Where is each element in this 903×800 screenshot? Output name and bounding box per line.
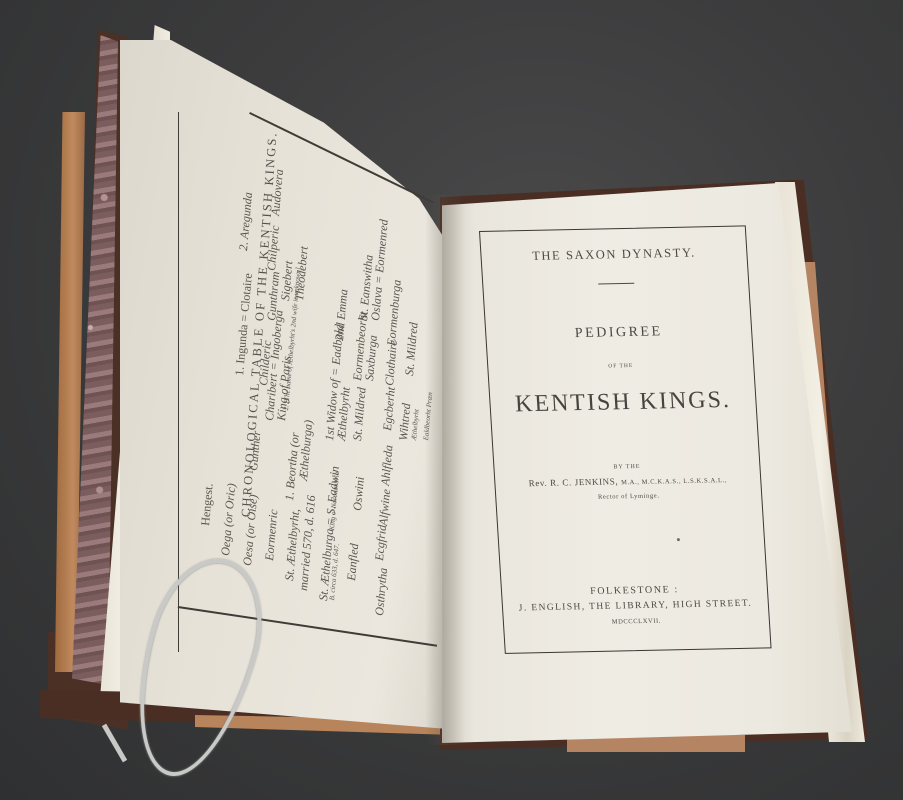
genealogy-entry: Ecgfrid (372, 524, 390, 561)
book-gutter-shadow (425, 195, 465, 745)
publisher: J. ENGLISH, THE LIBRARY, HIGH STREET. (503, 598, 768, 614)
genealogy-entry: Oswini (350, 476, 368, 511)
author-name: Rev. R. C. JENKINS, (528, 476, 618, 488)
title-rule (598, 283, 634, 285)
title-pedigree: PEDIGREE (486, 322, 752, 344)
author-role: Rector of Lyminge. (496, 490, 761, 503)
publication-year: MDCCCLXVII. (504, 615, 769, 628)
title-page-frame: THE SAXON DYNASTY. PEDIGREE OF THE KENTI… (479, 225, 772, 653)
title-of-the: OF THE (488, 360, 753, 372)
genealogy-entry: Alfwine (376, 488, 394, 526)
author-line: Rev. R. C. JENKINS, M.A., M.C.K.A.S., L.… (495, 473, 760, 489)
publication-place: FOLKESTONE : (502, 582, 767, 599)
printer-dot (677, 538, 680, 541)
by-line: BY THE (494, 461, 759, 473)
author-degrees: M.A., M.C.K.A.S., L.S.K.S.A.L., (621, 477, 727, 486)
main-title: KENTISH KINGS. (490, 386, 756, 419)
series-title: THE SAXON DYNASTY. (481, 244, 747, 265)
ribbon-bookmark (102, 724, 127, 763)
